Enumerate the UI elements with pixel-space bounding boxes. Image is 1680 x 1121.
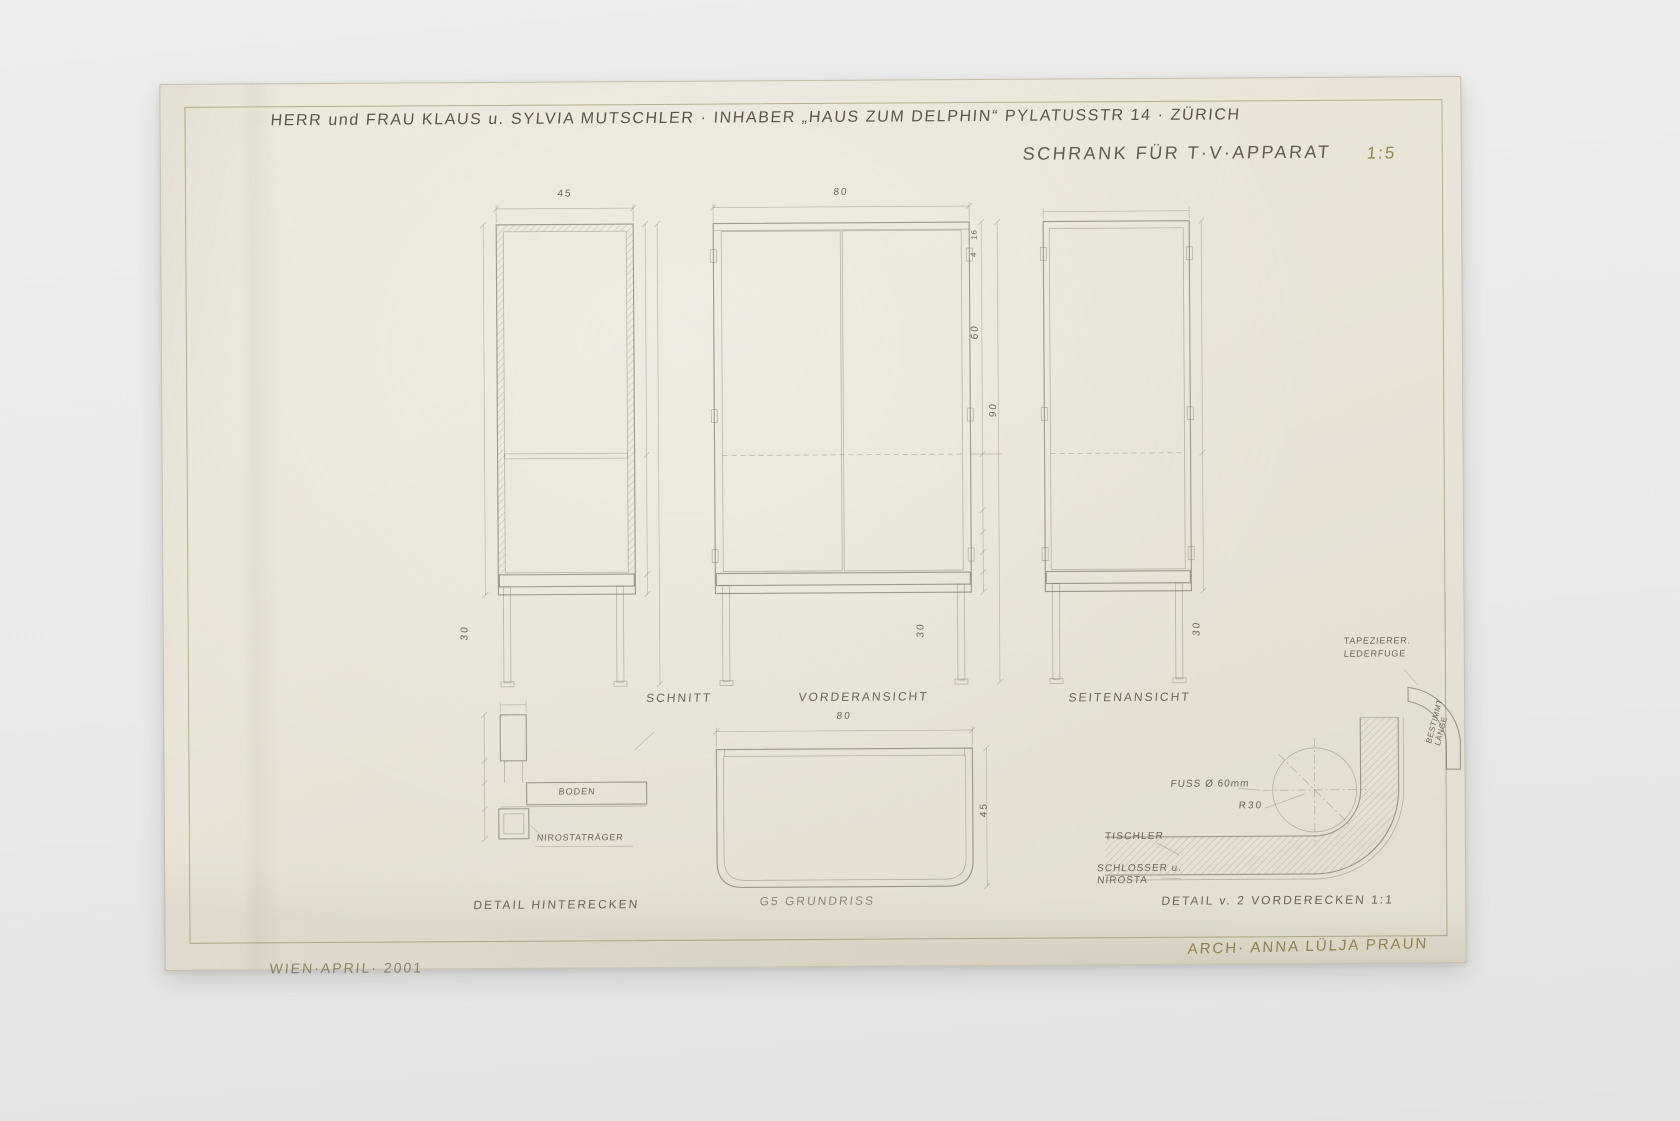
dim-section-leg: 30 xyxy=(459,625,471,641)
sheet-title: HERR und FRAU KLAUS u. SYLVIA MUTSCHLER … xyxy=(270,106,1242,130)
detail-back-corner-drawing xyxy=(481,700,655,847)
plan-view-drawing xyxy=(713,726,990,891)
dim-plan-depth: 45 xyxy=(979,802,991,818)
caption-detail-back: DETAIL HINTERECKEN xyxy=(473,898,629,913)
dim-front-upper: 60 xyxy=(970,324,982,340)
label-lederfuge: LEDERFUGE xyxy=(1343,648,1406,659)
side-view-drawing xyxy=(1040,207,1207,684)
label-tapezierer: TAPEZIERER. xyxy=(1343,635,1411,646)
architect-signature: ARCH· ANNA LÜLJA PRAUN xyxy=(1187,935,1429,958)
dim-front-small-a: 16 xyxy=(970,229,979,240)
label-nirosta: NIROSTA xyxy=(1097,875,1149,887)
section-view-drawing xyxy=(480,204,663,688)
sheet-scale: 1:5 xyxy=(1366,143,1397,163)
label-radius: R30 xyxy=(1238,800,1263,812)
dim-section-width: 45 xyxy=(549,188,582,200)
caption-detail-front: DETAIL v. 2 VORDERECKEN 1:1 xyxy=(1161,894,1382,909)
sheet-border-frame xyxy=(184,99,1447,944)
caption-front: VORDERANSICHT xyxy=(776,690,952,705)
label-fuss-durchmesser: FUSS Ø 60mm xyxy=(1170,778,1250,790)
dim-plan-width: 80 xyxy=(828,711,861,723)
caption-plan: G5 GRUNDRISS xyxy=(747,895,888,910)
drawing-sheet: HERR und FRAU KLAUS u. SYLVIA MUTSCHLER … xyxy=(159,76,1466,971)
caption-side: SEITENANSICHT xyxy=(1042,691,1218,706)
label-nirostatraeger: NIROSTATRÄGER xyxy=(536,832,623,843)
label-tischler: TISCHLER xyxy=(1104,831,1164,843)
place-date: WIEN·APRIL· 2001 xyxy=(269,959,424,976)
label-bestimmte-laenge: BESTIMMT LÄNGE xyxy=(1424,698,1453,747)
pencil-linework xyxy=(160,77,1465,970)
front-view-drawing xyxy=(710,202,1004,687)
dim-side-leg: 30 xyxy=(1191,620,1203,636)
caption-section: SCHNITT xyxy=(619,691,740,706)
photo-background: { "sheet": { "title": "HERR und FRAU KLA… xyxy=(0,0,1680,1121)
dim-front-small-b: 4 xyxy=(969,252,978,258)
label-boden: BODEN xyxy=(558,786,596,797)
sheet-subtitle: SCHRANK FÜR T·V·APPARAT xyxy=(1022,142,1332,165)
dim-front-width: 80 xyxy=(825,187,858,199)
dim-front-leg: 30 xyxy=(915,622,927,638)
dim-front-height: 90 xyxy=(988,402,1000,418)
label-schlosser: SCHLOSSER u. xyxy=(1097,863,1183,875)
